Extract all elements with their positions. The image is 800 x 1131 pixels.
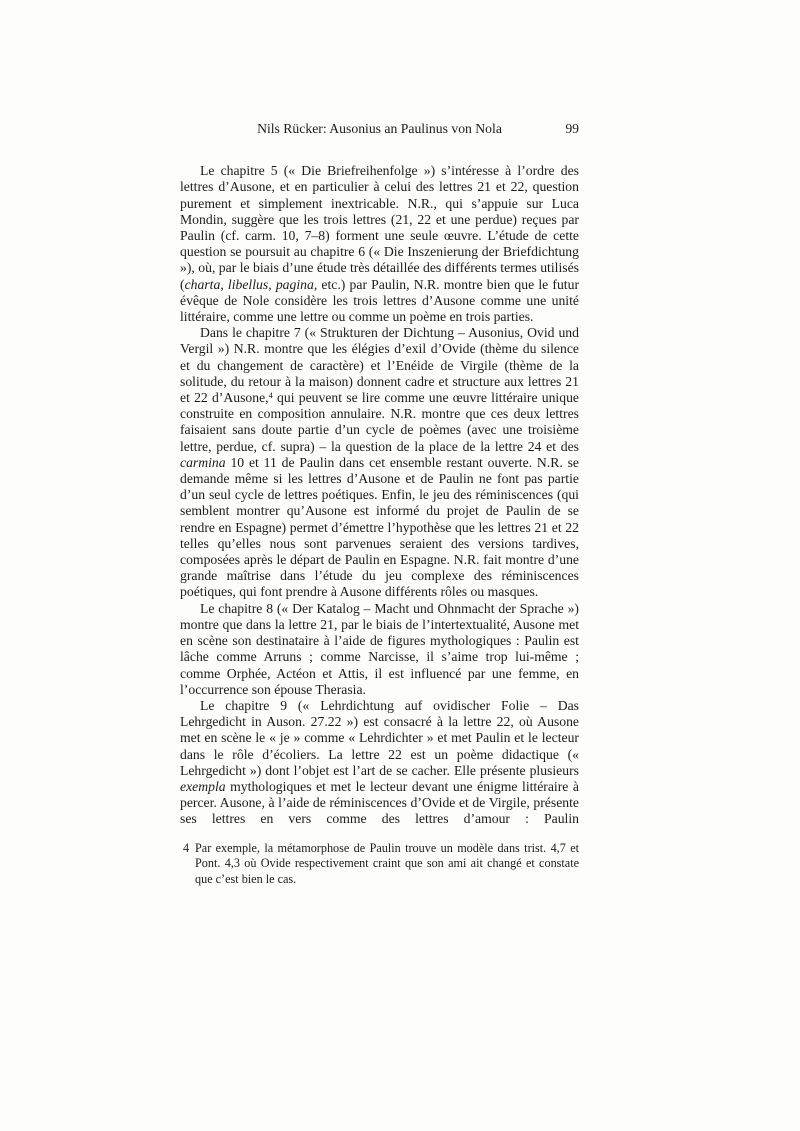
footnote: 4 Par exemple, la métamorphose de Paulin… <box>180 841 579 888</box>
paragraph: Dans le chapitre 7 (« Strukturen der Dic… <box>180 325 579 600</box>
document-page: Nils Rücker: Ausonius an Paulinus von No… <box>0 0 800 1131</box>
paragraph: Le chapitre 8 (« Der Katalog – Macht und… <box>180 601 579 698</box>
paragraph: Le chapitre 9 (« Lehrdichtung auf ovidis… <box>180 698 579 828</box>
page-number: 99 <box>565 121 579 137</box>
paragraph: Le chapitre 5 (« Die Briefreihenfolge »)… <box>180 163 579 325</box>
footnote-text: Par exemple, la métamorphose de Paulin t… <box>195 841 579 886</box>
running-header: Nils Rücker: Ausonius an Paulinus von No… <box>180 121 579 137</box>
footnote-marker: 4 <box>183 841 189 857</box>
text-block: Nils Rücker: Ausonius an Paulinus von No… <box>180 121 579 887</box>
header-title: Nils Rücker: Ausonius an Paulinus von No… <box>257 121 502 136</box>
